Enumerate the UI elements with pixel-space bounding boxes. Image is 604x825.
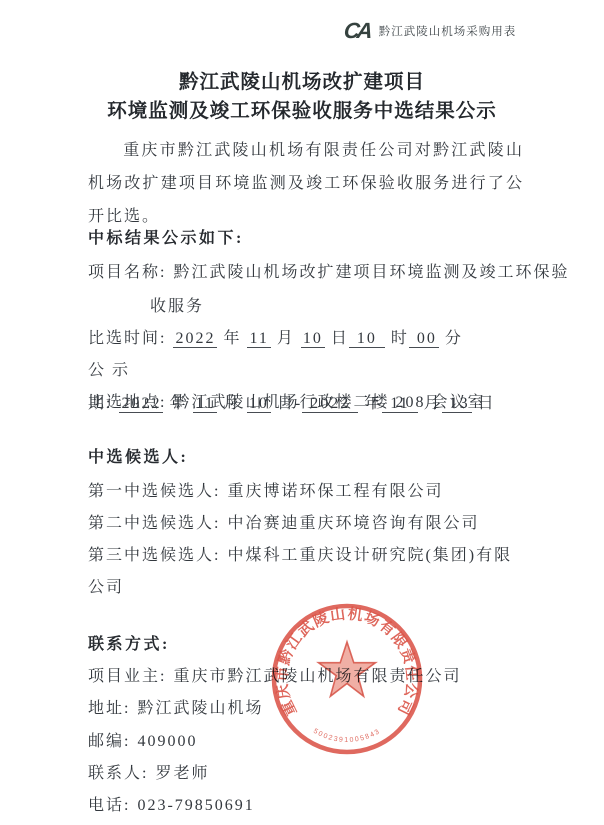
bid-time-row: 比选时间:2022 年 11 月 10 日 10 时 00 分	[88, 322, 524, 355]
candidate-1-label: 第一中选候选人:	[88, 483, 220, 500]
venue-row: 比选地点:黔江武陵山机场行政楼二楼 208 会议室	[88, 386, 524, 419]
bid-time-value: 2022 年 11 月 10 日 10 时 00 分	[173, 330, 462, 348]
title-line-2: 环境监测及竣工环保验收服务中选结果公示	[0, 97, 604, 126]
candidates-heading: 中选候选人:	[88, 441, 524, 474]
phone-value: 023-79850691	[137, 797, 254, 814]
title-line-1: 黔江武陵山机场改扩建项目	[0, 68, 604, 97]
venue-label: 比选地点:	[88, 394, 166, 411]
svg-text:5002391005843: 5002391005843	[312, 728, 382, 744]
project-name-row: 项目名称:黔江武陵山机场改扩建项目环境监测及竣工环保验收服务	[88, 256, 586, 324]
document-page: CA 黔江武陵山机场采购用表 黔江武陵山机场改扩建项目 环境监测及竣工环保验收服…	[0, 0, 604, 825]
owner-label: 项目业主:	[88, 668, 166, 685]
candidate-1-value: 重庆博诺环保工程有限公司	[227, 483, 443, 500]
zip-value: 409000	[137, 733, 197, 750]
seal-number-text: 5002391005843	[312, 728, 382, 744]
candidate-row-2: 第二中选候选人:中冶赛迪重庆环境咨询有限公司	[88, 508, 524, 540]
zip-label: 邮编:	[88, 733, 130, 750]
contact-person-label: 联系人:	[88, 765, 148, 782]
candidate-row-3: 第三中选候选人:中煤科工重庆设计研究院(集团)有限公司	[88, 540, 524, 604]
procurement-form-label: 黔江武陵山机场采购用表	[379, 23, 517, 39]
document-title: 黔江武陵山机场改扩建项目 环境监测及竣工环保验收服务中选结果公示	[0, 68, 604, 126]
candidate-3-label: 第三中选候选人:	[88, 547, 220, 564]
caac-logo-icon: CA	[343, 20, 371, 42]
page-header: CA 黔江武陵山机场采购用表	[344, 20, 516, 42]
seal-star-icon	[319, 642, 376, 696]
candidate-2-label: 第二中选候选人:	[88, 515, 220, 532]
contact-person-value: 罗老师	[155, 765, 209, 782]
contact-person-row: 联系人:罗老师	[88, 758, 524, 790]
phone-label: 电话:	[88, 797, 130, 814]
candidate-row-1: 第一中选候选人:重庆博诺环保工程有限公司	[88, 476, 524, 508]
result-heading: 中标结果公示如下:	[88, 222, 524, 255]
project-name-label: 项目名称:	[88, 264, 166, 281]
intro-paragraph: 重庆市黔江武陵山机场有限责任公司对黔江武陵山机场改扩建项目环境监测及竣工环保验收…	[88, 134, 524, 233]
address-value: 黔江武陵山机场	[137, 700, 263, 717]
venue-value: 黔江武陵山机场行政楼二楼 208 会议室	[173, 394, 485, 411]
address-label: 地址:	[88, 700, 130, 717]
bid-time-label: 比选时间:	[88, 330, 166, 347]
project-name-value: 黔江武陵山机场改扩建项目环境监测及竣工环保验收服务	[150, 264, 569, 315]
company-seal-graphic: 重庆市黔江武陵山机场有限责任公司 5002391005843	[268, 600, 426, 758]
contact-phone-row: 电话:023-79850691	[88, 790, 524, 822]
company-seal: 重庆市黔江武陵山机场有限责任公司 5002391005843	[268, 600, 426, 758]
candidate-2-value: 中冶赛迪重庆环境咨询有限公司	[227, 515, 479, 532]
